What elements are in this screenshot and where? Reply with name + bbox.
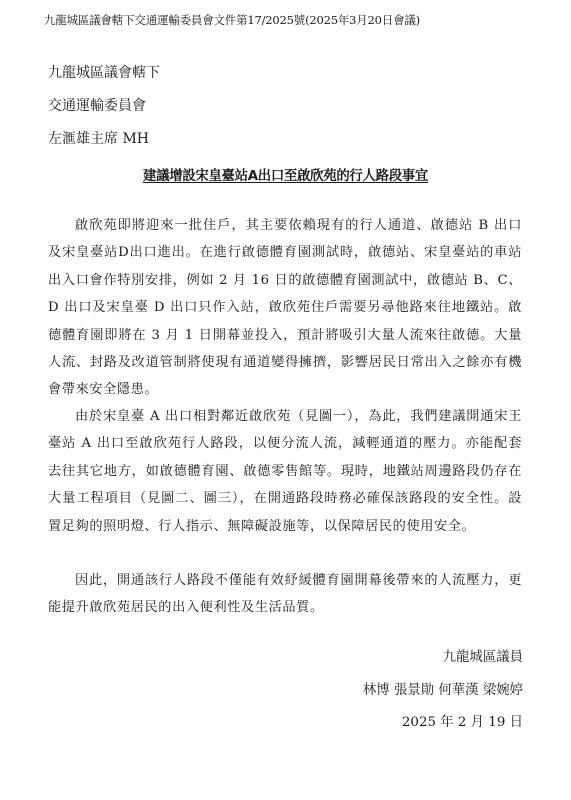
- document-title: 建議增設宋皇臺站A出口至啟欣苑的行人路段事宜: [0, 165, 571, 184]
- paragraph-1: 啟欣苑即將迎來一批住戶，其主要依賴現有的行人通道、啟德站 B 出口及宋皇臺站D出…: [48, 212, 522, 404]
- document-reference-header: 九龍城區議會轄下交通運輸委員會文件第17/2025號(2025年3月20日會議): [44, 12, 420, 28]
- signature-organization: 九龍城區議員: [443, 646, 523, 665]
- signature-date: 2025 年 2 月 19 日: [402, 711, 523, 730]
- paragraph-2: 由於宋皇臺 A 出口相對鄰近啟欣苑（見圖一），為此，我們建議開通宋王臺站 A 出…: [48, 403, 522, 540]
- addressee-line-committee: 交通運輸委員會: [48, 95, 146, 115]
- addressee-line-council: 九龍城區議會轄下: [48, 62, 160, 82]
- signature-members: 林博 張景勛 何華漢 梁婉婷: [363, 679, 523, 698]
- addressee-line-chairman: 左滙雄主席 MH: [48, 128, 149, 148]
- paragraph-3: 因此，開通該行人路段不僅能有效紓緩體育園開幕後帶來的人流壓力，更能提升啟欣苑居民…: [48, 567, 522, 622]
